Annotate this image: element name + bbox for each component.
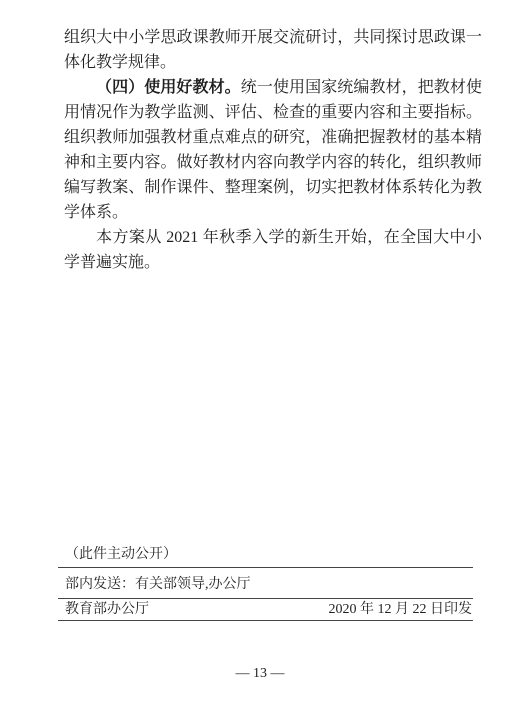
- distribution-row: 部内发送：有关部领导,办公厅: [58, 567, 473, 598]
- page-number: — 13 —: [0, 666, 520, 682]
- issuing-office: 教育部办公厅: [65, 602, 149, 618]
- print-date: 2020 年 12 月 22 日印发: [329, 602, 473, 618]
- issuer-row: 教育部办公厅 2020 年 12 月 22 日印发: [58, 598, 473, 621]
- document-footer: （此件主动公开） 部内发送：有关部领导,办公厅 教育部办公厅 2020 年 12…: [58, 543, 473, 621]
- distribution-text: 部内发送：有关部领导,办公厅: [65, 577, 251, 592]
- document-body: 组织大中小学思政课教师开展交流研讨，共同探讨思政课一体化教学规律。 （四）使用好…: [64, 25, 482, 275]
- section-heading-bold: （四）使用好教材。: [96, 79, 241, 96]
- paragraph-implementation: 本方案从 2021 年秋季入学的新生开始，在全国大中小学普遍实施。: [64, 225, 482, 275]
- disclosure-note: （此件主动公开）: [58, 543, 473, 567]
- paragraph-section-four: （四）使用好教材。统一使用国家统编教材，把教材使用情况作为教学监测、评估、检查的…: [64, 75, 482, 225]
- section-body-text: 统一使用国家统编教材，把教材使用情况作为教学监测、评估、检查的重要内容和主要指标…: [64, 79, 482, 221]
- paragraph-continuation: 组织大中小学思政课教师开展交流研讨，共同探讨思政课一体化教学规律。: [64, 25, 482, 75]
- document-page: 组织大中小学思政课教师开展交流研讨，共同探讨思政课一体化教学规律。 （四）使用好…: [0, 0, 532, 717]
